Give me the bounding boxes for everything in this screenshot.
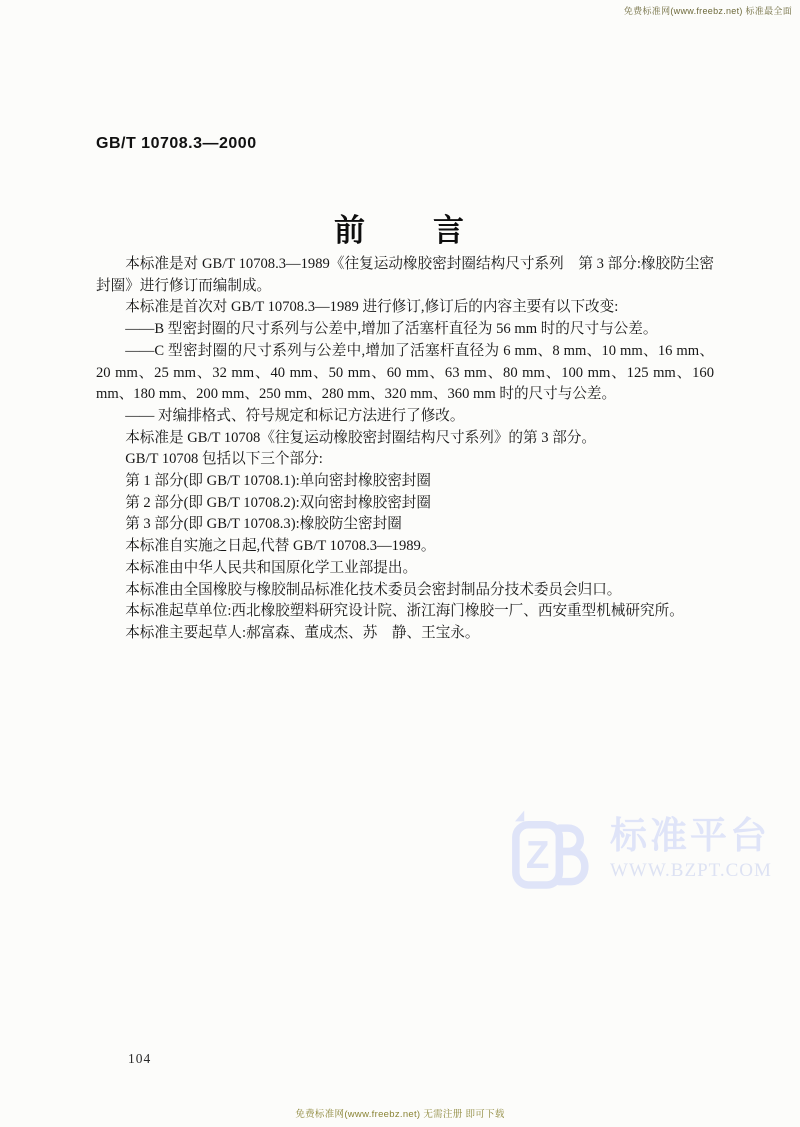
foreword-paragraph: 本标准是首次对 GB/T 10708.3—1989 进行修订,修订后的内容主要有… [96,297,714,319]
document-page: 免费标准网(www.freebz.net) 标准最全面 GB/T 10708.3… [0,0,800,1127]
watermark-bottom-note: 免费标准网(www.freebz.net) 无需注册 即可下载 [0,1106,800,1120]
bzpt-brand-text: 标准平台 [610,816,772,856]
foreword-paragraph: 本标准由中华人民共和国原化学工业部提出。 [96,558,714,580]
page-number: 104 [128,1051,151,1067]
foreword-paragraph: GB/T 10708 包括以下三个部分: [96,449,714,471]
foreword-paragraph: 第 3 部分(即 GB/T 10708.3):橡胶防尘密封圈 [96,514,714,536]
bzpt-watermark: Z 标准平台 WWW.BZPT.COM [510,806,750,892]
foreword-paragraph: 本标准起草单位:西北橡胶塑料研究设计院、浙江海门橡胶一厂、西安重型机械研究所。 [96,601,714,623]
foreword-paragraph: 第 2 部分(即 GB/T 10708.2):双向密封橡胶密封圈 [96,493,714,515]
foreword-paragraph: 本标准是 GB/T 10708《往复运动橡胶密封圈结构尺寸系列》的第 3 部分。 [96,428,714,450]
foreword-paragraph: 第 1 部分(即 GB/T 10708.1):单向密封橡胶密封圈 [96,471,714,493]
watermark-top-note: 免费标准网(www.freebz.net) 标准最全面 [624,4,792,17]
foreword-paragraph: 本标准是对 GB/T 10708.3—1989《往复运动橡胶密封圈结构尺寸系列 … [96,254,714,297]
foreword-paragraph: 本标准由全国橡胶与橡胶制品标准化技术委员会密封制品分技术委员会归口。 [96,580,714,602]
page-title: 前 言 [0,205,800,250]
foreword-paragraph: ——C 型密封圈的尺寸系列与公差中,增加了活塞杆直径为 6 mm、8 mm、10… [96,341,714,406]
standard-number: GB/T 10708.3—2000 [96,135,257,153]
bzpt-watermark-text: 标准平台 WWW.BZPT.COM [610,806,772,882]
foreword-paragraph: 本标准主要起草人:郝富森、董成杰、苏 静、王宝永。 [96,623,714,645]
foreword-body: 本标准是对 GB/T 10708.3—1989《往复运动橡胶密封圈结构尺寸系列 … [96,254,714,645]
foreword-paragraph: ——B 型密封圈的尺寸系列与公差中,增加了活塞杆直径为 56 mm 时的尺寸与公… [96,319,714,341]
foreword-paragraph: 本标准自实施之日起,代替 GB/T 10708.3—1989。 [96,536,714,558]
foreword-paragraph: —— 对编排格式、符号规定和标记方法进行了修改。 [96,406,714,428]
svg-text:Z: Z [526,834,550,877]
bzpt-logo-icon: Z [510,806,602,892]
bzpt-url-text: WWW.BZPT.COM [610,860,772,882]
